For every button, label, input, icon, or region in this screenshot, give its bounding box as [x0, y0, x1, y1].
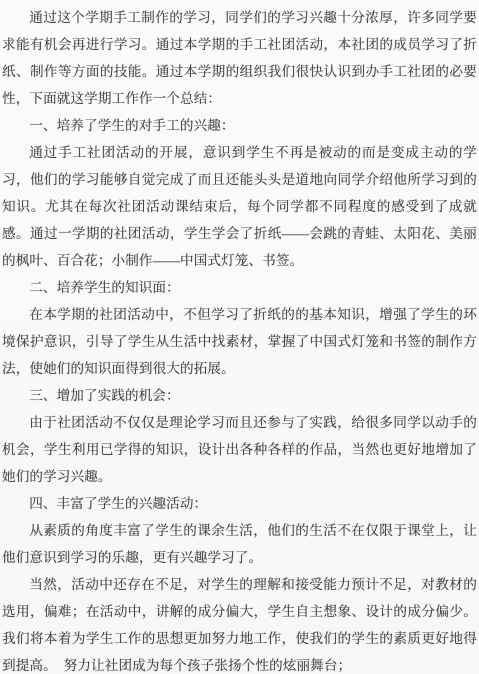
- paragraph-section-3: 由于社团活动不仅仅是理论学习而且还参与了实践，给很多同学以动手的机会，学生利用已…: [2, 409, 477, 490]
- section-heading-3: 三、增加了实践的机会：: [2, 382, 477, 409]
- paragraph-closing: 当然，活动中还存在不足，对学生的理解和接受能力预计不足，对教材的选用，偏难；在活…: [2, 571, 477, 674]
- paragraph-section-4: 从素质的角度丰富了学生的课余生活，他们的生活不在仅限于课堂上，让他们意识到学习的…: [2, 517, 477, 571]
- section-heading-4: 四、丰富了学生的兴趣活动：: [2, 490, 477, 517]
- document-body: 通过这个学期手工制作的学习，同学们的学习兴趣十分浓厚，许多同学要求能有机会再进行…: [2, 4, 477, 674]
- document-page: 通过这个学期手工制作的学习，同学们的学习兴趣十分浓厚，许多同学要求能有机会再进行…: [0, 0, 479, 674]
- paragraph-intro: 通过这个学期手工制作的学习，同学们的学习兴趣十分浓厚，许多同学要求能有机会再进行…: [2, 4, 477, 112]
- section-heading-2: 二、培养学生的知识面：: [2, 274, 477, 301]
- paragraph-section-2: 在本学期的社团活动中，不但学习了折纸的的基本知识，增强了学生的环境保护意识，引导…: [2, 301, 477, 382]
- section-heading-1: 一、培养了学生的对手工的兴趣：: [2, 112, 477, 139]
- paragraph-section-1: 通过手工社团活动的开展，意识到学生不再是被动的而是变成主动的学习，他们的学习能够…: [2, 139, 477, 274]
